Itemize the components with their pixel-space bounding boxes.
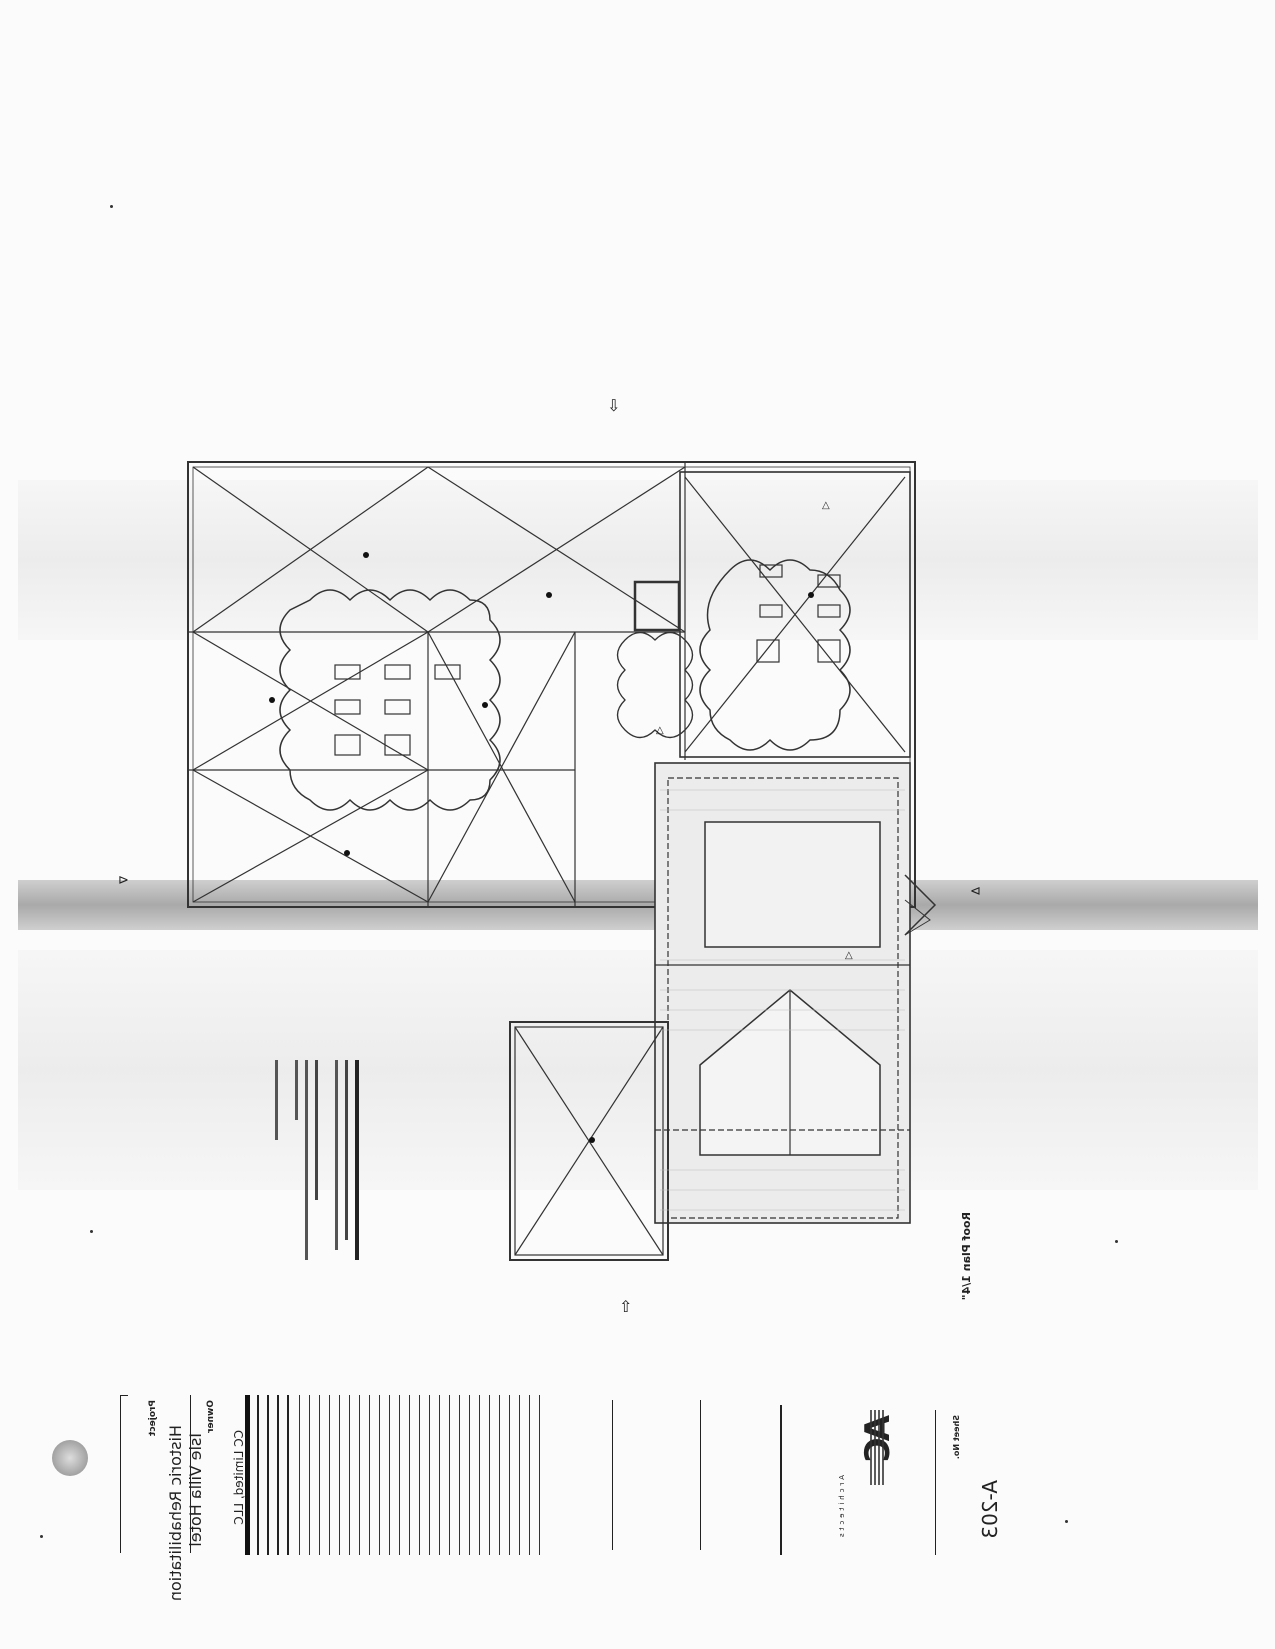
project-label: Project	[148, 1400, 158, 1436]
drawing-scale: 1/4"	[960, 1275, 973, 1300]
project-name-line2: Isle Villa Hotel	[186, 1433, 205, 1547]
revision-delta-icon: △	[822, 500, 830, 511]
seal-icon	[52, 1440, 88, 1476]
section-marker-icon: ⊳	[118, 873, 129, 888]
section-marker-icon: ⊲	[970, 884, 981, 899]
project-name-line1: Historic Rehabilitation	[166, 1425, 185, 1601]
owner-label: Owner	[206, 1400, 216, 1433]
revision-delta-icon: △	[845, 950, 853, 961]
north-arrow-icon: ⇩	[607, 396, 620, 415]
sheet-number: A-203	[978, 1480, 1002, 1539]
roof-plan-drawing	[0, 0, 1275, 1649]
sheet-label: Sheet No.	[952, 1415, 961, 1459]
owner-name: CC Limited, LLC	[232, 1430, 246, 1525]
revision-table	[245, 1395, 545, 1555]
drawing-title-text: Roof Plan	[960, 1212, 973, 1271]
drawing-title: Roof Plan 1/4"	[960, 1212, 973, 1300]
firm-tagline: Architects	[838, 1475, 846, 1540]
general-notes	[255, 1060, 365, 1270]
firm-address	[870, 1410, 886, 1485]
revision-delta-icon: △	[656, 725, 664, 736]
north-arrow-icon: ⇧	[619, 1297, 632, 1316]
